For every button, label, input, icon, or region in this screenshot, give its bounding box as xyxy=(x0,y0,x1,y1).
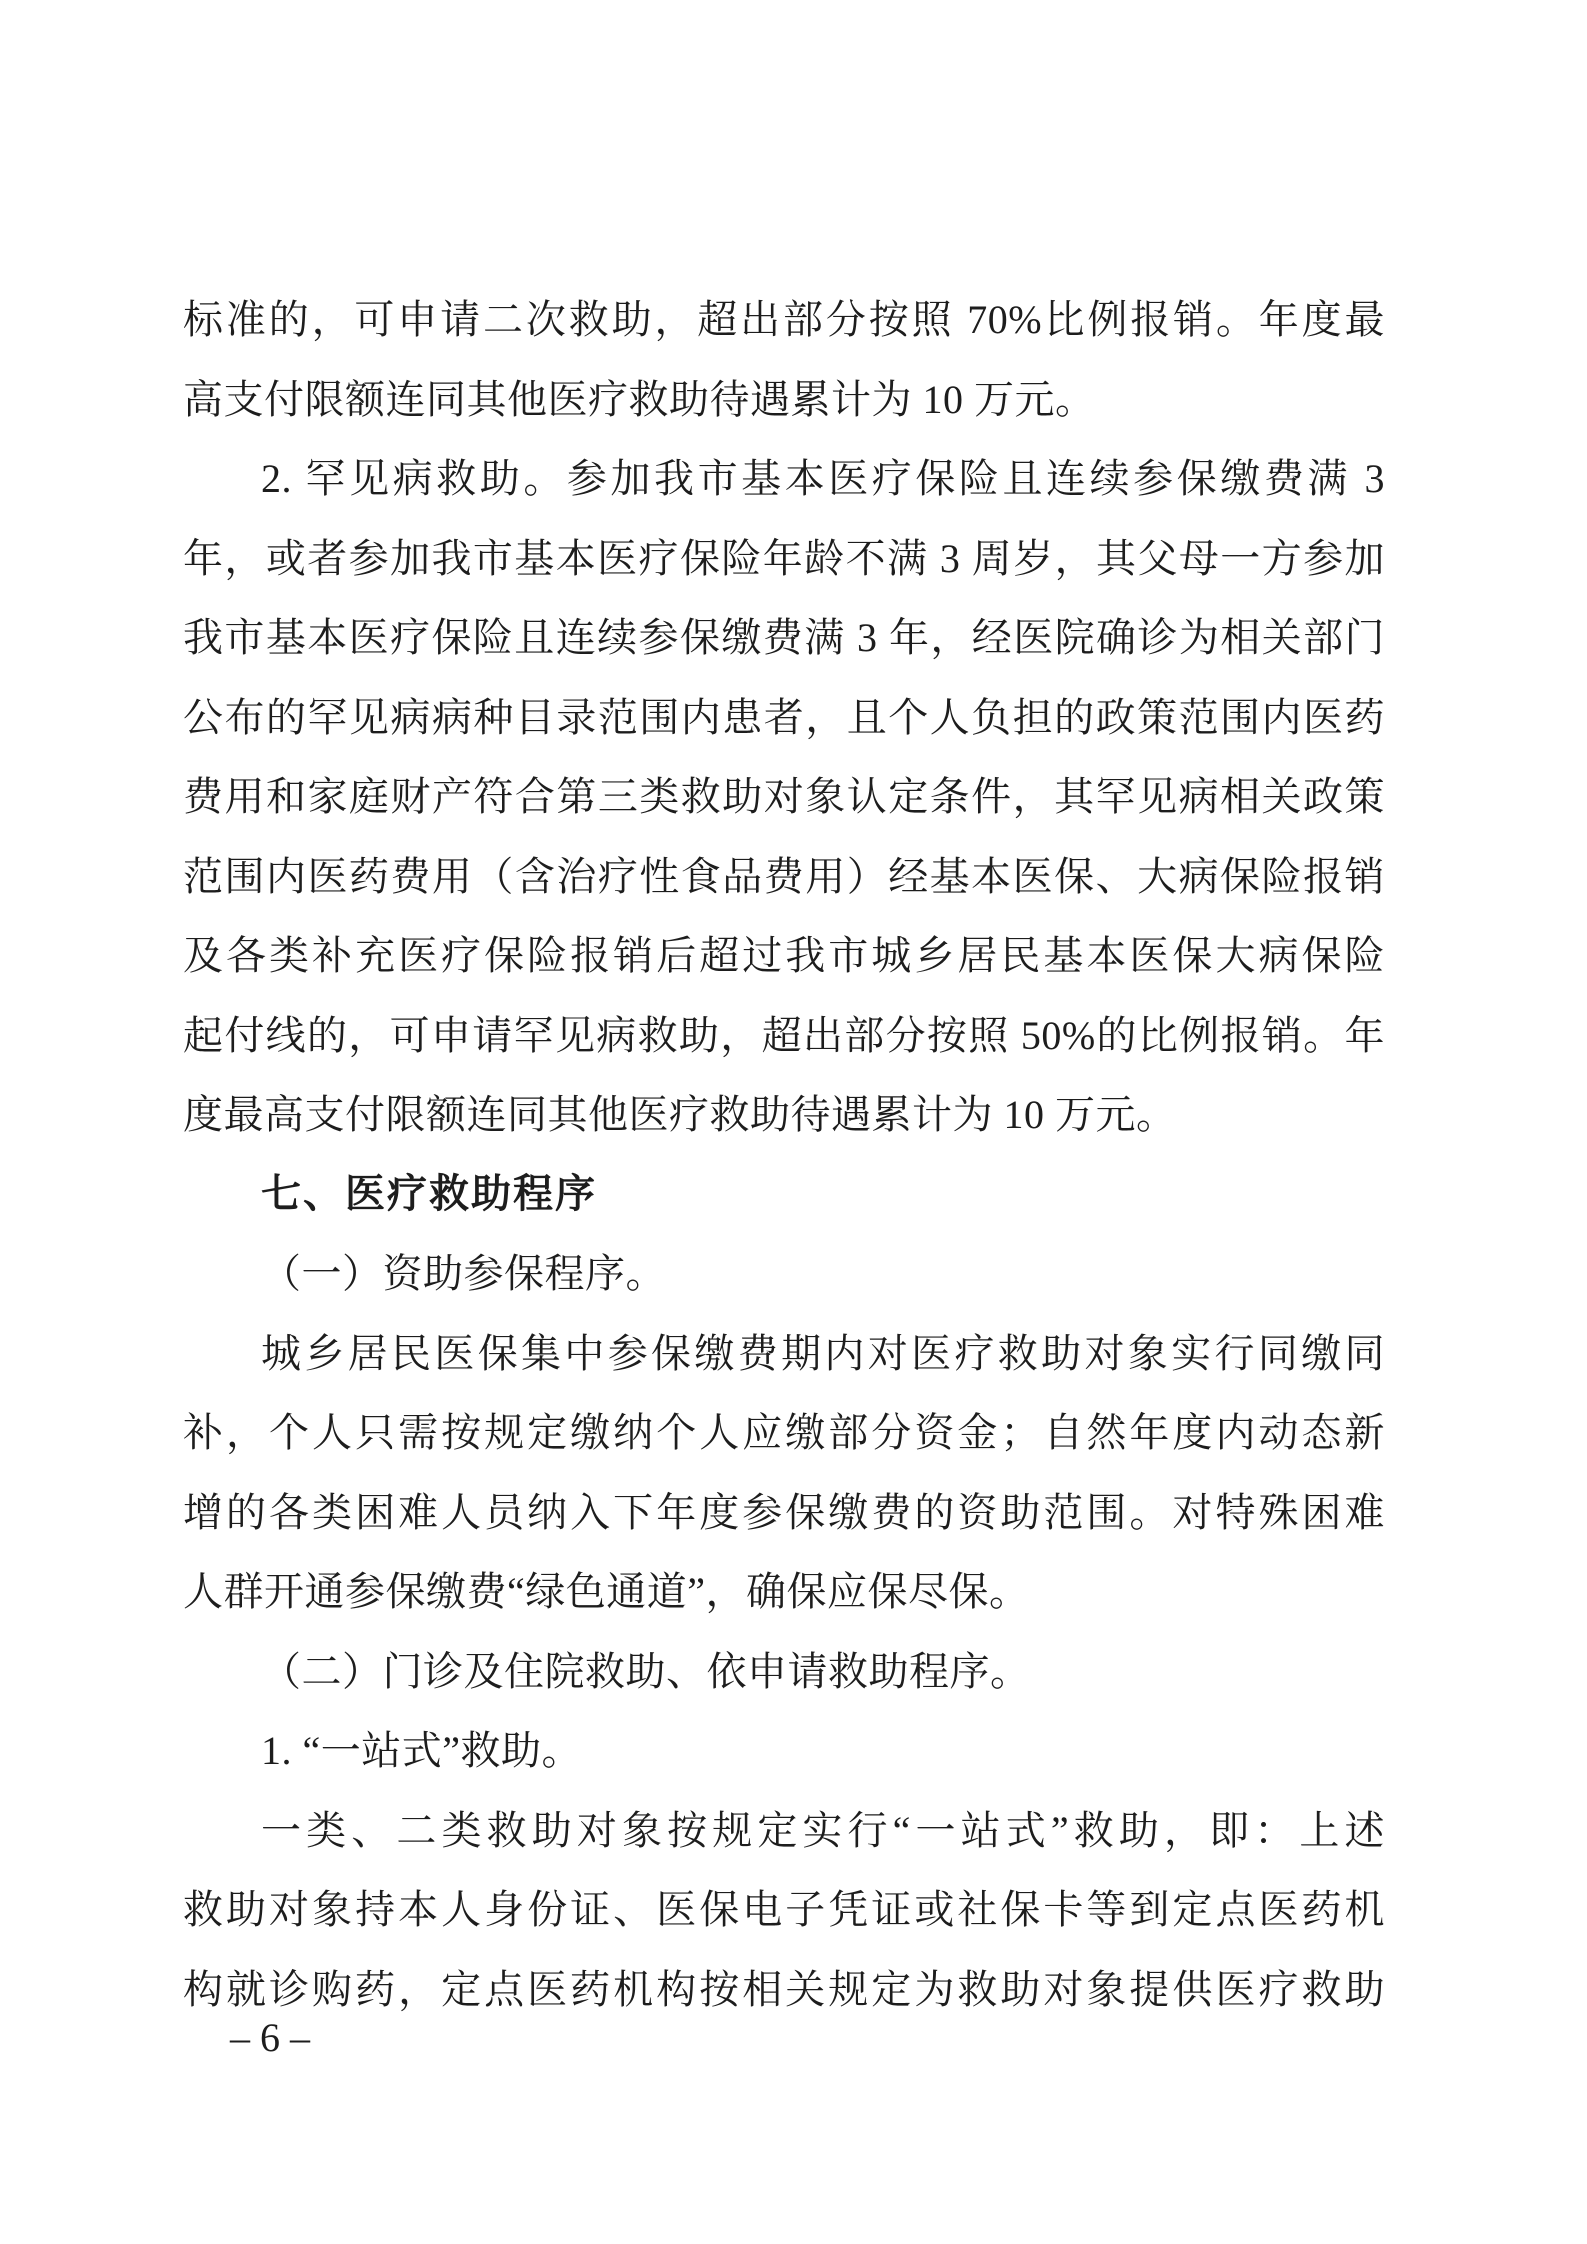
text-line: 救助对象持本人身份证、医保电子凭证或社保卡等到定点医药机 xyxy=(183,1870,1385,1950)
page-number: – 6 – xyxy=(230,2008,310,2068)
text-line: 构就诊购药，定点医药机构按相关规定为救助对象提供医疗救助 xyxy=(183,1950,1385,2030)
text-line: 公布的罕见病病种目录范围内患者，且个人负担的政策范围内医药 xyxy=(183,678,1385,758)
document-body: 标准的，可申请二次救助，超出部分按照 70%比例报销。年度最 高支付限额连同其他… xyxy=(183,280,1385,2029)
text-line: 标准的，可申请二次救助，超出部分按照 70%比例报销。年度最 xyxy=(183,280,1385,360)
text-line: 高支付限额连同其他医疗救助待遇累计为 10 万元。 xyxy=(183,360,1385,440)
text-line: 一类、二类救助对象按规定实行“一站式”救助，即：上述 xyxy=(183,1791,1385,1871)
subsection-heading: （一）资助参保程序。 xyxy=(183,1234,1385,1314)
text-line: 增的各类困难人员纳入下年度参保缴费的资助范围。对特殊困难 xyxy=(183,1473,1385,1553)
text-line: 补，个人只需按规定缴纳个人应缴部分资金；自然年度内动态新 xyxy=(183,1393,1385,1473)
text-line: 及各类补充医疗保险报销后超过我市城乡居民基本医保大病保险 xyxy=(183,916,1385,996)
text-line: 度最高支付限额连同其他医疗救助待遇累计为 10 万元。 xyxy=(183,1075,1385,1155)
text-line: 费用和家庭财产符合第三类救助对象认定条件，其罕见病相关政策 xyxy=(183,757,1385,837)
text-line: 2. 罕见病救助。参加我市基本医疗保险且连续参保缴费满 3 xyxy=(183,439,1385,519)
document-page: 标准的，可申请二次救助，超出部分按照 70%比例报销。年度最 高支付限额连同其他… xyxy=(0,0,1587,2244)
subsection-heading: （二）门诊及住院救助、依申请救助程序。 xyxy=(183,1632,1385,1712)
numbered-item-heading: 1. “一站式”救助。 xyxy=(183,1711,1385,1791)
text-line: 范围内医药费用（含治疗性食品费用）经基本医保、大病保险报销 xyxy=(183,837,1385,917)
text-line: 我市基本医疗保险且连续参保缴费满 3 年，经医院确诊为相关部门 xyxy=(183,598,1385,678)
text-line: 起付线的，可申请罕见病救助，超出部分按照 50%的比例报销。年 xyxy=(183,996,1385,1076)
text-line: 城乡居民医保集中参保缴费期内对医疗救助对象实行同缴同 xyxy=(183,1314,1385,1394)
text-line: 年，或者参加我市基本医疗保险年龄不满 3 周岁，其父母一方参加 xyxy=(183,519,1385,599)
section-heading: 七、医疗救助程序 xyxy=(183,1155,1385,1235)
text-line: 人群开通参保缴费“绿色通道”，确保应保尽保。 xyxy=(183,1552,1385,1632)
